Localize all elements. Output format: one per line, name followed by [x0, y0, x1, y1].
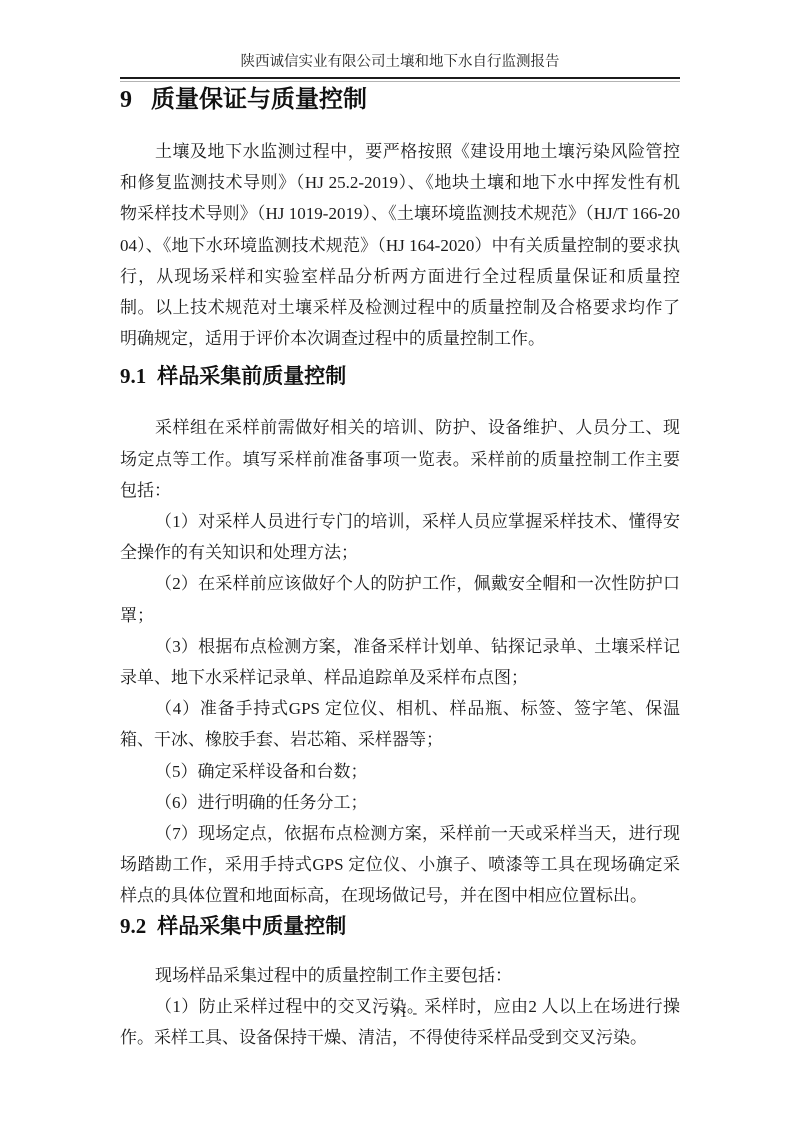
- section-91-intro-paragraph: 采样组在采样前需做好相关的培训、防护、设备维护、人员分工、现场定点等工作。填写采…: [120, 412, 680, 506]
- list-item: （6）进行明确的任务分工；: [120, 787, 680, 818]
- section-92-heading: 9.2样品采集中质量控制: [120, 913, 680, 940]
- section-91-heading: 9.1样品采集前质量控制: [120, 363, 680, 390]
- page-number: - 71 -: [382, 1006, 418, 1021]
- section-92-intro-paragraph: 现场样品采集过程中的质量控制工作主要包括：: [120, 960, 680, 991]
- chapter-number: 9: [120, 87, 132, 113]
- document-body: 9质量保证与质量控制 土壤及地下水监测过程中，要严格按照《建设用地土壤污染风险管…: [120, 83, 680, 1053]
- list-item: （7）现场定点，依据布点检测方案，采样前一天或采样当天，进行现场踏勘工作，采用手…: [120, 818, 680, 912]
- section-92-number: 9.2: [120, 914, 146, 938]
- chapter-heading: 9质量保证与质量控制: [120, 85, 680, 115]
- list-item: （2）在采样前应该做好个人的防护工作，佩戴安全帽和一次性防护口罩；: [120, 568, 680, 630]
- chapter-intro-paragraph: 土壤及地下水监测过程中，要严格按照《建设用地土壤污染风险管控和修复监测技术导则》…: [120, 136, 680, 354]
- page-header: 陕西诚信实业有限公司土壤和地下水自行监测报告: [120, 53, 680, 82]
- page-footer: - 71 -: [120, 1004, 680, 1023]
- header-title: 陕西诚信实业有限公司土壤和地下水自行监测报告: [120, 53, 680, 72]
- section-91-number: 9.1: [120, 364, 146, 388]
- list-item: （1）对采样人员进行专门的培训，采样人员应掌握采样技术、懂得安全操作的有关知识和…: [120, 506, 680, 568]
- chapter-title: 质量保证与质量控制: [151, 86, 367, 113]
- section-92-title: 样品采集中质量控制: [157, 915, 346, 938]
- document-page: 陕西诚信实业有限公司土壤和地下水自行监测报告 9质量保证与质量控制 土壤及地下水…: [0, 0, 793, 1122]
- section-91-title: 样品采集前质量控制: [157, 365, 346, 388]
- list-item: （3）根据布点检测方案，准备采样计划单、钻探记录单、土壤采样记录单、地下水采样记…: [120, 631, 680, 693]
- header-rule: [120, 77, 680, 82]
- list-item: （5）确定采样设备和台数；: [120, 756, 680, 787]
- list-item: （4）准备手持式GPS 定位仪、相机、样品瓶、标签、签字笔、保温箱、干冰、橡胶手…: [120, 693, 680, 755]
